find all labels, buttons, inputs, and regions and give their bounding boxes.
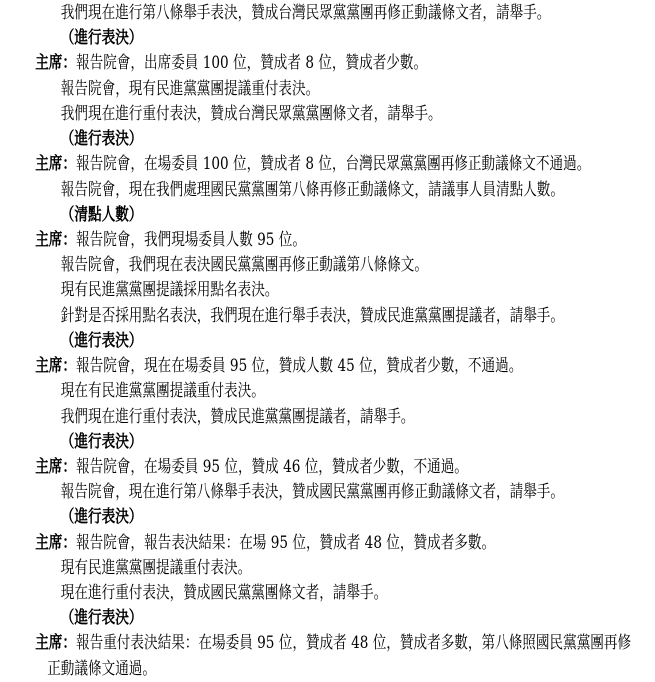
transcript-line-speaker: 主席：報告重付表決結果：在場委員 95 位，贊成者 48 位，贊成者多數，第八條… (0, 631, 655, 656)
speaker-label: 主席： (35, 53, 76, 73)
transcript-line-indent: 針對是否採用點名表決，我們現在進行舉手表決，贊成民進黨黨團提議者，請舉手。 (0, 304, 655, 329)
transcript-line-indent: 我們現在進行重付表決，贊成民進黨黨團提議者，請舉手。 (0, 405, 655, 430)
transcript-line-indent: 我們現在進行第八條舉手表決，贊成台灣民眾黨黨團再修正動議條文者，請舉手。 (0, 1, 655, 26)
document-page: 我們現在進行第八條舉手表決，贊成台灣民眾黨黨團再修正動議條文者，請舉手。（進行表… (0, 0, 655, 682)
speaker-label: 主席： (35, 356, 76, 376)
transcript-line-action: （進行表決） (0, 505, 655, 530)
transcript-line-indent: 報告院會，現在進行第八條舉手表決，贊成國民黨黨團再修正動議條文者，請舉手。 (0, 480, 655, 505)
transcript-line-wrap: 正動議條文通過。 (0, 657, 655, 682)
speaker-label: 主席： (35, 533, 76, 553)
transcript-line-indent: 現在進行重付表決，贊成國民黨黨團條文者，請舉手。 (0, 581, 655, 606)
transcript-line-indent: 報告院會，現在我們處理國民黨黨團第八條再修正動議條文，請議事人員清點人數。 (0, 178, 655, 203)
speaker-label: 主席： (35, 457, 76, 477)
transcript: 我們現在進行第八條舉手表決，贊成台灣民眾黨黨團再修正動議條文者，請舉手。（進行表… (0, 0, 655, 682)
transcript-line-action: （進行表決） (0, 127, 655, 152)
transcript-line-indent: 報告院會，現有民進黨黨團提議重付表決。 (0, 77, 655, 102)
transcript-line-indent: 現有民進黨黨團提議採用點名表決。 (0, 278, 655, 303)
transcript-line-speaker: 主席：報告院會，在場委員 100 位，贊成者 8 位，台灣民眾黨黨團再修正動議條… (0, 152, 655, 177)
speaker-label: 主席： (35, 154, 76, 174)
transcript-line-speaker: 主席：報告院會，出席委員 100 位，贊成者 8 位，贊成者少數。 (0, 51, 655, 76)
speaker-text: 報告院會，我們現場委員人數 95 位。 (76, 230, 306, 250)
transcript-line-indent: 現在有民進黨黨團提議重付表決。 (0, 379, 655, 404)
transcript-line-action: （進行表決） (0, 26, 655, 51)
speaker-label: 主席： (35, 230, 76, 250)
transcript-line-indent: 我們現在進行重付表決，贊成台灣民眾黨黨團條文者，請舉手。 (0, 102, 655, 127)
speaker-text: 報告院會，現在在場委員 95 位，贊成人數 45 位，贊成者少數，不通過。 (76, 356, 522, 376)
transcript-line-speaker: 主席：報告院會，現在在場委員 95 位，贊成人數 45 位，贊成者少數，不通過。 (0, 354, 655, 379)
transcript-line-indent: 報告院會，我們現在表決國民黨黨團再修正動議第八條條文。 (0, 253, 655, 278)
transcript-line-speaker: 主席：報告院會，我們現場委員人數 95 位。 (0, 228, 655, 253)
transcript-line-speaker: 主席：報告院會，在場委員 95 位，贊成 46 位，贊成者少數，不通過。 (0, 455, 655, 480)
speaker-text: 報告院會，在場委員 95 位，贊成 46 位，贊成者少數，不通過。 (76, 457, 468, 477)
transcript-line-action: （進行表決） (0, 329, 655, 354)
transcript-line-action: （清點人數） (0, 203, 655, 228)
transcript-line-indent: 現有民進黨黨團提議重付表決。 (0, 556, 655, 581)
transcript-line-action: （進行表決） (0, 606, 655, 631)
speaker-label: 主席： (35, 633, 76, 653)
speaker-text: 報告院會，出席委員 100 位，贊成者 8 位，贊成者少數。 (76, 53, 427, 73)
transcript-line-action: （進行表決） (0, 430, 655, 455)
speaker-text: 報告院會，在場委員 100 位，贊成者 8 位，台灣民眾黨黨團再修正動議條文不通… (76, 154, 590, 174)
speaker-text: 報告院會，報告表決結果：在場 95 位，贊成者 48 位，贊成者多數。 (76, 533, 495, 553)
speaker-text: 報告重付表決結果：在場委員 95 位，贊成者 48 位，贊成者多數，第八條照國民… (76, 633, 631, 653)
transcript-line-speaker: 主席：報告院會，報告表決結果：在場 95 位，贊成者 48 位，贊成者多數。 (0, 531, 655, 556)
